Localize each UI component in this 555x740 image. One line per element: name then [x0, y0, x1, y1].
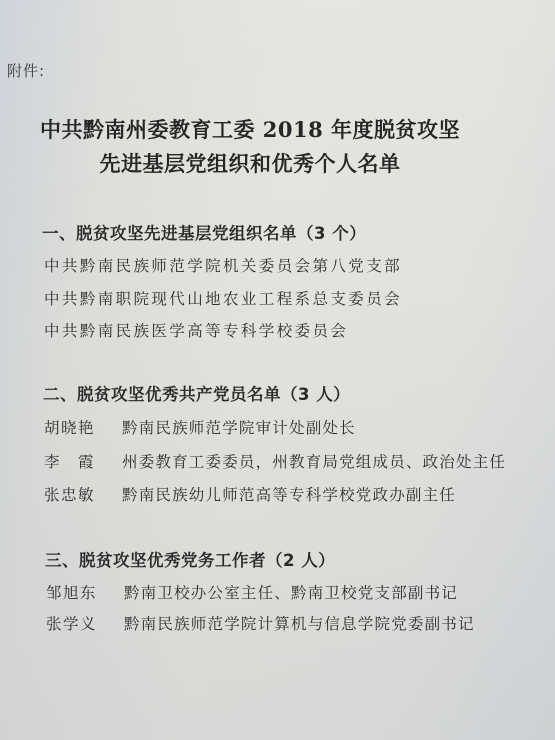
section-heading: 三、脱贫攻坚优秀党务工作者（2 人）	[45, 547, 335, 571]
list-item: 中共黔南民族医学高等专科学校委员会	[44, 319, 348, 341]
section-heading: 二、脱贫攻坚优秀共产党员名单（3 人）	[43, 381, 350, 405]
document-title: 中共黔南州委教育工委 2018 年度脱贫攻坚 先进基层党组织和优秀个人名单	[15, 113, 485, 181]
title-line-2: 先进基层党组织和优秀个人名单	[15, 147, 485, 181]
section-heading: 一、脱贫攻坚先进基层党组织名单（3 个）	[42, 220, 366, 244]
person-role: 黔南民族师范学院计算机与信息学院党委副书记	[124, 612, 475, 634]
person-name: 李 霞	[44, 450, 122, 472]
list-item: 中共黔南职院现代山地农业工程系总支委员会	[44, 287, 402, 309]
title-line-1: 中共黔南州委教育工委 2018 年度脱贫攻坚	[15, 113, 485, 147]
person-name: 张忠敏	[44, 483, 122, 505]
person-name: 胡晓艳	[44, 416, 122, 438]
list-item: 中共黔南民族师范学院机关委员会第八党支部	[44, 254, 402, 276]
person-role: 黔南民族师范学院审计处副处长	[122, 416, 356, 438]
person-role: 黔南卫校办公室主任、黔南卫校党支部副书记	[124, 581, 458, 603]
person-name: 张学义	[46, 612, 124, 634]
person-name: 邹旭东	[46, 581, 124, 603]
person-row: 邹旭东黔南卫校办公室主任、黔南卫校党支部副书记	[46, 581, 458, 603]
attachment-label: 附件:	[7, 60, 45, 81]
person-row: 李 霞州委教育工委委员，州教育局党组成员、政治处主任	[44, 450, 506, 472]
person-role: 州委教育工委委员，州教育局党组成员、政治处主任	[122, 450, 506, 472]
person-row: 张忠敏黔南民族幼儿师范高等专科学校党政办副主任	[44, 483, 456, 505]
person-role: 黔南民族幼儿师范高等专科学校党政办副主任	[122, 483, 456, 505]
person-row: 胡晓艳黔南民族师范学院审计处副处长	[44, 416, 356, 438]
person-row: 张学义黔南民族师范学院计算机与信息学院党委副书记	[46, 612, 475, 634]
